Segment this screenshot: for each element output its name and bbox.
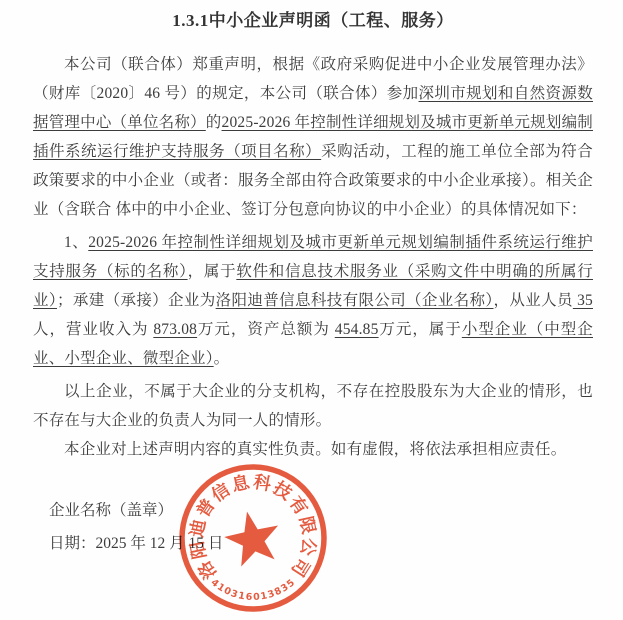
text-run: 万元，资产总额为 [197,321,335,338]
text-run: ；承建（承接）企业为 [57,292,216,309]
text-run: 人，营业收入为 [33,321,153,338]
fill-in-underlined: 洛阳迪普信息科技有限公司（企业名称） [216,292,494,309]
document-body: 1.3.1中小企业声明函（工程、服务） 本公司（联合体）郑重声明，根据《政府采购… [0,0,623,558]
text-run: 。 [214,350,230,367]
date-line: 日期：2025 年 12 月 15 日 [49,529,593,558]
signature-block: 企业名称（盖章） 日期：2025 年 12 月 15 日 [33,496,593,558]
document-page: 1.3.1中小企业声明函（工程、服务） 本公司（联合体）郑重声明，根据《政府采购… [0,0,623,620]
text-run: ，属于 [188,263,237,280]
fill-in-underlined: 454.85 [335,321,379,338]
fill-in-underlined: 873.08 [153,321,197,338]
text-run: 万元，属于 [379,321,462,338]
paragraph-responsibility: 本企业对上述声明内容的真实性负责。如有虚假，将依法承担相应责任。 [33,435,593,464]
paragraph-project-details: 1、2025-2026 年控制性详细规划及城市更新单元规划编制插件系统运行维护支… [33,228,593,373]
text-run: ，从业人员 [494,292,573,309]
fill-in-underlined: 35 [573,292,593,309]
text-run: 本企业对上述声明内容的真实性负责。如有虚假，将依法承担相应责任。 [64,441,566,458]
text-run: 的 [206,114,222,131]
company-seal-label: 企业名称（盖章） [49,496,593,525]
paragraph-no-affiliation: 以上企业，不属于大企业的分支机构，不存在控股股东为大企业的情形，也不存在与大企业… [33,377,593,435]
text-run: 以上企业，不属于大企业的分支机构，不存在控股股东为大企业的情形，也不存在与大企业… [33,383,593,429]
text-run: 1、 [64,234,88,251]
paragraph-declaration: 本公司（联合体）郑重声明，根据《政府采购促进中小企业发展管理办法》（财库〔202… [33,50,593,224]
document-title: 1.3.1中小企业声明函（工程、服务） [33,8,593,34]
